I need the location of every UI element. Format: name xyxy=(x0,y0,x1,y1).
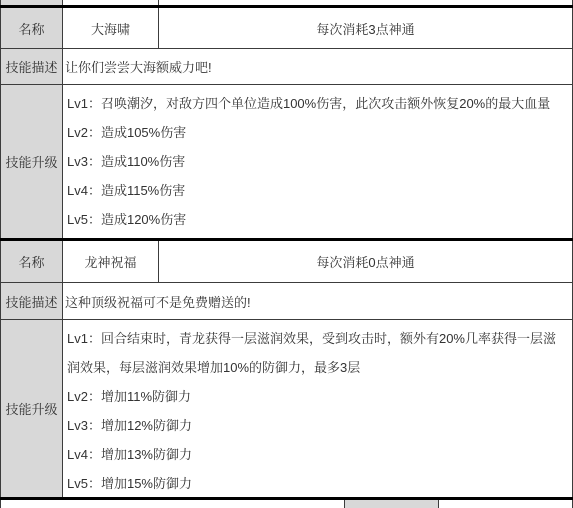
clipped-cell xyxy=(63,0,159,5)
skill2-cost-cell: 每次消耗0点神通 xyxy=(159,241,572,282)
name-label-cell: 名称 xyxy=(1,241,63,282)
level-line: Lv1：回合结束时，青龙获得一层滋润效果，受到攻击时，额外有20%几率获得一层滋… xyxy=(67,324,566,382)
clipped-label-cell xyxy=(1,0,63,5)
skill1-name-cell: 大海啸 xyxy=(63,8,159,48)
level-line: Lv1：召唤潮汐，对敌方四个单位造成100%伤害，此次攻击额外恢复20%的最大血… xyxy=(67,89,566,118)
clipped-cell xyxy=(1,500,345,508)
upgrade-label-cell: 技能升级 xyxy=(1,85,63,238)
level-line: Lv3：增加12%防御力 xyxy=(67,411,566,440)
skill1-levels-cell: Lv1：召唤潮汐，对敌方四个单位造成100%伤害，此次攻击额外恢复20%的最大血… xyxy=(63,85,572,238)
clipped-row-top xyxy=(0,0,573,5)
skill2-desc-row: 技能描述 这种顶级祝福可不是免费赠送的! xyxy=(0,283,573,320)
desc-label-cell: 技能描述 xyxy=(1,49,63,84)
skill2-name-row: 名称 龙神祝福 每次消耗0点神通 xyxy=(0,241,573,283)
level-line: Lv2：增加11%防御力 xyxy=(67,382,566,411)
level-line: Lv5：增加15%防御力 xyxy=(67,469,566,498)
skill-table: 名称 大海啸 每次消耗3点神通 技能描述 让你们尝尝大海额威力吧! 技能升级 L… xyxy=(0,0,573,508)
level-line: Lv4：增加13%防御力 xyxy=(67,440,566,469)
skill1-name-row: 名称 大海啸 每次消耗3点神通 xyxy=(0,8,573,49)
skill1-upgrade-row: 技能升级 Lv1：召唤潮汐，对敌方四个单位造成100%伤害，此次攻击额外恢复20… xyxy=(0,85,573,238)
desc-label-cell: 技能描述 xyxy=(1,283,63,319)
skill1-desc-row: 技能描述 让你们尝尝大海额威力吧! xyxy=(0,49,573,85)
level-line: Lv5：造成120%伤害 xyxy=(67,205,566,234)
clipped-label-cell xyxy=(345,500,439,508)
skill2-upgrade-row: 技能升级 Lv1：回合结束时，青龙获得一层滋润效果，受到攻击时，额外有20%几率… xyxy=(0,320,573,497)
skill2-name-cell: 龙神祝福 xyxy=(63,241,159,282)
name-label-cell: 名称 xyxy=(1,8,63,48)
clipped-cell xyxy=(439,500,572,508)
clipped-cell xyxy=(159,0,572,5)
level-line: Lv3：造成110%伤害 xyxy=(67,147,566,176)
skill2-levels-cell: Lv1：回合结束时，青龙获得一层滋润效果，受到攻击时，额外有20%几率获得一层滋… xyxy=(63,320,572,497)
skill1-cost-cell: 每次消耗3点神通 xyxy=(159,8,572,48)
skill2-desc-cell: 这种顶级祝福可不是免费赠送的! xyxy=(63,283,572,319)
skill1-desc-cell: 让你们尝尝大海额威力吧! xyxy=(63,49,572,84)
clipped-row-bottom xyxy=(0,500,573,508)
level-line: Lv2：造成105%伤害 xyxy=(67,118,566,147)
upgrade-label-cell: 技能升级 xyxy=(1,320,63,497)
level-line: Lv4：造成115%伤害 xyxy=(67,176,566,205)
